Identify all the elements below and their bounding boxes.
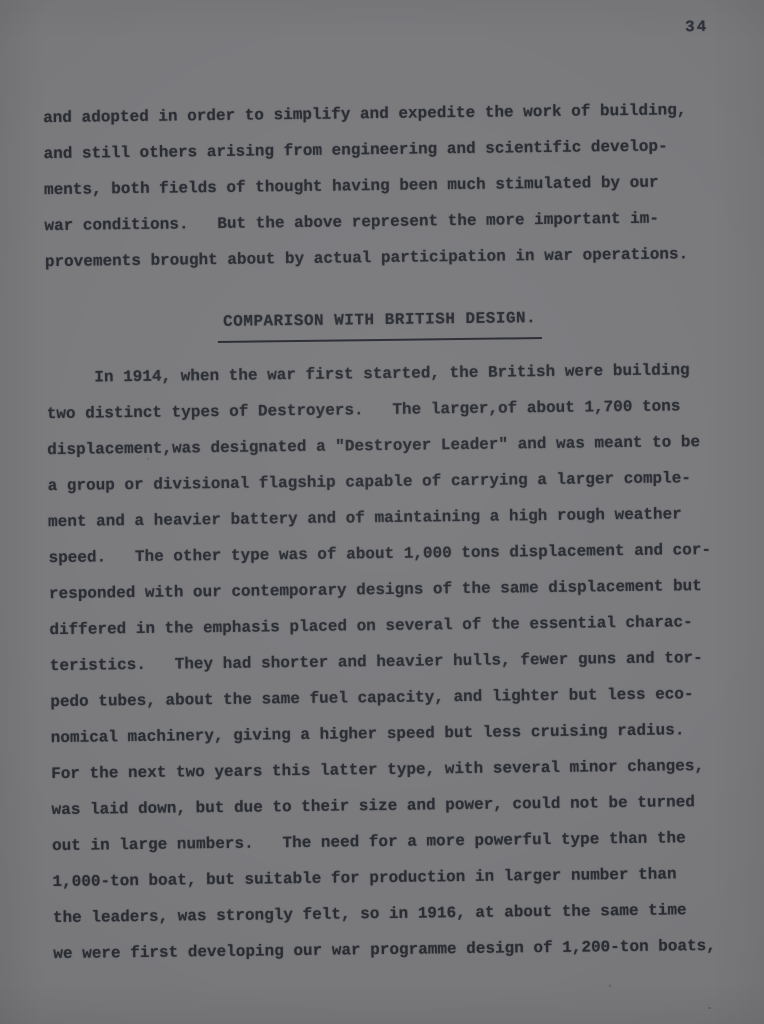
page-number: 34 [685,18,708,36]
typewritten-sheet: 34 and adopted in order to simplify and … [0,0,764,1024]
dust-speck [708,1007,711,1009]
typed-line: provements brought about by actual parti… [45,236,735,280]
typed-line: we were first developing our war program… [53,928,743,972]
scanned-document-page: 34 and adopted in order to simplify and … [0,0,764,1024]
dust-speck [147,458,149,460]
section-heading: COMPARISON WITH BRITISH DESIGN. [218,300,542,343]
paragraph-war-improvements: and adopted in order to simplify and exp… [43,92,735,280]
dust-speck [609,984,611,987]
section-heading-row: COMPARISON WITH BRITISH DESIGN. [0,297,762,345]
paragraph-british-design: In 1914, when the war first started, the… [46,352,743,972]
